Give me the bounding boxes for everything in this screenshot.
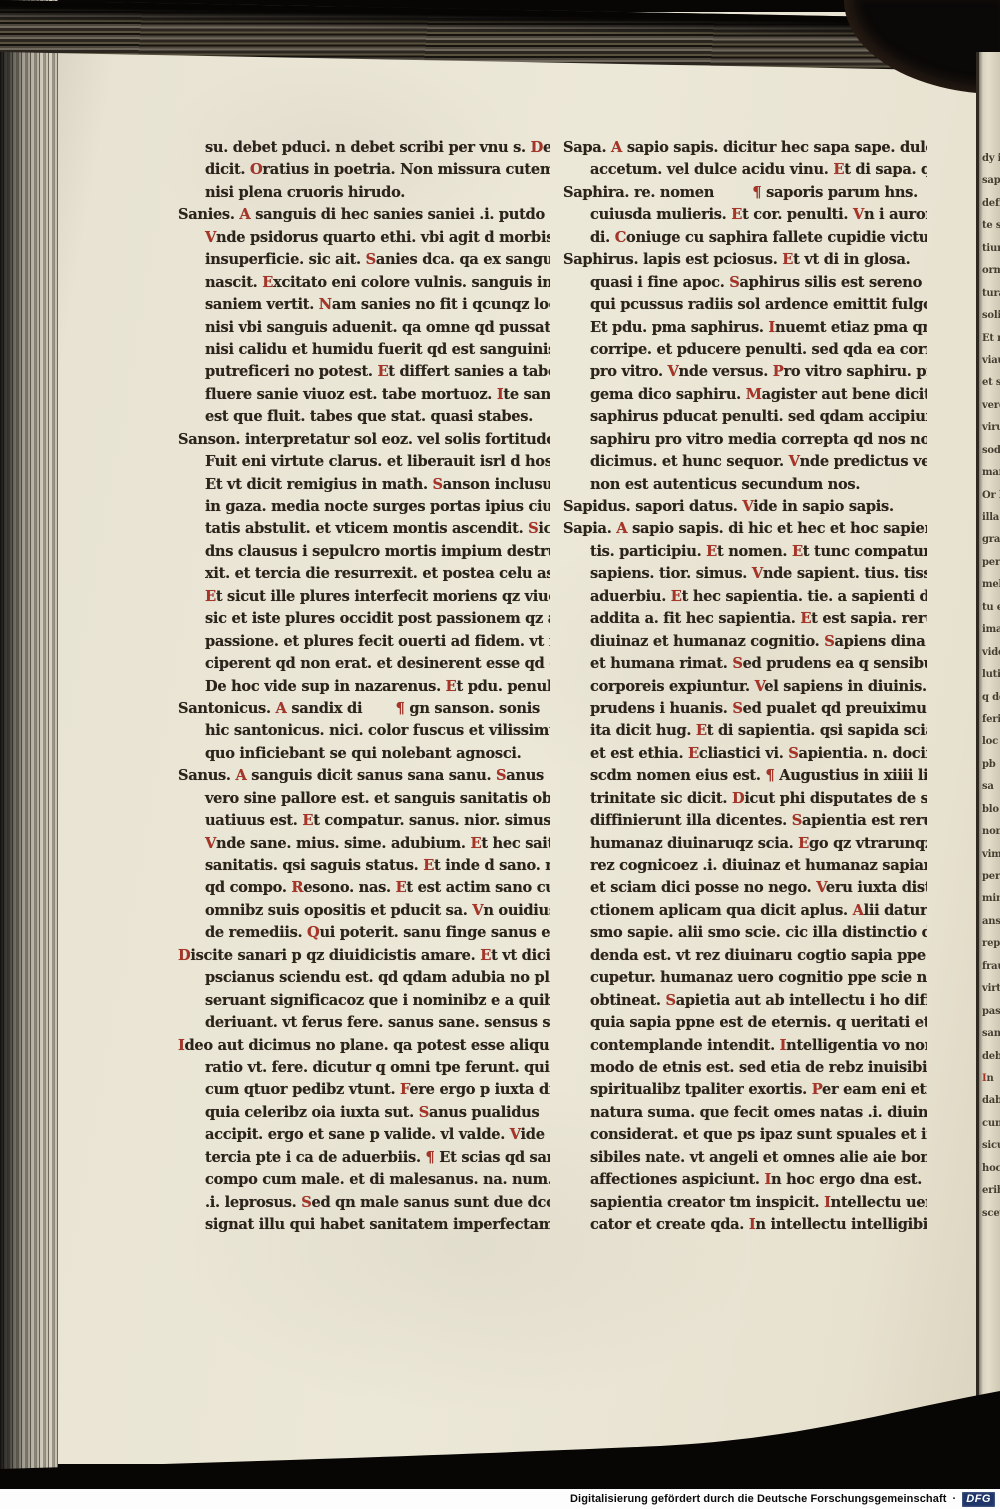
text-run: ere ergo p iuxta di <box>409 1081 550 1098</box>
text-line: et sciam dici posse no nego. Veru iuxta … <box>563 877 927 899</box>
text-line: pro vitro. Vnde versus. Pro vitro saphir… <box>563 361 927 383</box>
text-run: Sapa. <box>563 139 611 156</box>
text-line: de remediis. Qui poterit. sanu finge san… <box>178 922 550 944</box>
text-run: t inde d sano. nas. <box>434 857 550 874</box>
text-run: tis. participiu. <box>590 543 706 560</box>
text-line: sibiles nate. vt angeli et omnes alie ai… <box>563 1147 927 1169</box>
text-run: apientia. n. docine <box>799 745 927 762</box>
text-run: et sciam dici posse no nego. <box>590 879 816 896</box>
text-run: sibiles nate. vt angeli et omnes alie ai… <box>590 1149 927 1166</box>
text-run: pro vitro. <box>590 363 668 380</box>
text-run: nde versus. <box>679 363 773 380</box>
rubric-mark: M <box>746 386 762 403</box>
text-line: et sap <box>979 372 1000 394</box>
text-run: modo de etnis est. sed etia de rebz inui… <box>590 1059 927 1076</box>
text-line: dns clausus i sepulcro mortis impium des… <box>178 541 550 563</box>
rubric-mark: N <box>319 296 332 313</box>
text-run: denda est. vt rez diuinaru cogtio sapia … <box>590 947 927 964</box>
text-run: et est ethia. <box>590 745 688 762</box>
page-bottom-shadow <box>0 1385 1000 1491</box>
rubric-mark: S <box>729 274 739 291</box>
text-run: hic santonicus. nici. color fuscus et vi… <box>205 722 550 739</box>
text-line: scev <box>979 1203 1000 1225</box>
text-run: corporeis expiuntur. <box>590 678 755 695</box>
rubric-mark: E <box>798 835 809 852</box>
text-run: Sanus. <box>178 767 236 784</box>
text-run: te sap <box>982 220 1000 231</box>
rubric-mark: V <box>472 902 483 919</box>
text-run: lii datur <box>864 902 927 919</box>
text-line: repu <box>979 933 1000 955</box>
text-column-right: Sapa. A sapio sapis. dicitur hec sapa sa… <box>563 137 927 1236</box>
text-run: De hoc vide sup in nazarenus. <box>205 678 446 695</box>
text-run: grati <box>982 534 1000 545</box>
rubric-mark: E <box>446 678 457 695</box>
text-run: obtineat. <box>590 992 665 1009</box>
text-run: anies dca. qa ex sanguie <box>376 251 550 268</box>
text-run: xcitato eni colore vulnis. sanguis in <box>273 274 550 291</box>
text-run: et humana rimat. <box>590 655 732 672</box>
text-line: smo sapie. alii smo scie. cic illa disti… <box>563 922 927 944</box>
text-run: contemplande intendit. <box>590 1037 780 1054</box>
credit-separator: · <box>953 1493 957 1505</box>
text-line: De hoc vide sup in nazarenus. Et pdu. pe… <box>178 676 550 698</box>
rubric-mark: E <box>696 722 707 739</box>
text-run: gn sanson. sonis <box>405 700 540 717</box>
text-run: sanitatis. qsi saguis status. <box>205 857 423 874</box>
text-run: cupetur. humanaz uero cognitio ppe scie … <box>590 969 927 986</box>
text-line: .i. leprosus. Sed qn male sanus sunt due… <box>178 1192 550 1214</box>
text-run: sapio sapis. di hic et hec et hoc sapien… <box>627 520 927 537</box>
text-run: cum qtuor pedibz vtunt. <box>205 1081 400 1098</box>
text-line: anse <box>979 911 1000 933</box>
text-line: Vnde psidorus quarto ethi. vbi agit d mo… <box>178 227 550 249</box>
text-line: dicimus. et hunc sequor. Vnde predictus … <box>563 451 927 473</box>
text-run: saphiru pro vitro media correpta qd nos … <box>590 431 927 448</box>
text-run: frau <box>982 961 1000 972</box>
text-line: debe <box>979 1046 1000 1068</box>
text-line: aduerbiu. Et hec sapientia. tie. a sapie… <box>563 586 927 608</box>
text-run: sanguis dicit sanus sana sanu. <box>247 767 496 784</box>
text-run: ed qn male sanus sunt due dcoes <box>312 1194 551 1211</box>
text-line: Ideo aut dicimus no plane. qa potest ess… <box>178 1035 550 1057</box>
text-run: trinitate sic dicit. <box>590 790 732 807</box>
text-line: Saphira. re. nomen ¶ saporis parum hns. <box>563 182 927 204</box>
text-run: rez cognicoez .i. diuinaz et humanaz sap… <box>590 857 927 874</box>
text-line: feri <box>979 709 1000 731</box>
text-run: melli <box>982 579 1000 590</box>
rubric-mark: S <box>366 251 376 268</box>
text-run: anus pualidus <box>429 1104 539 1121</box>
text-line: tium <box>979 238 1000 260</box>
text-run: qd compo. <box>205 879 291 896</box>
rubric-mark: E <box>800 610 811 627</box>
digitisation-credit-bar: Digitalisierung gefördert durch die Deut… <box>0 1489 1000 1509</box>
text-line: Et n <box>979 328 1000 350</box>
text-run: Sanies. <box>178 206 239 223</box>
text-line: addita a. fit hec sapientia. Et est sapi… <box>563 608 927 630</box>
text-line: pscianus sciendu est. qd qdam adubia no … <box>178 967 550 989</box>
text-line: denda est. vt rez diuinaru cogtio sapia … <box>563 945 927 967</box>
text-run: t vt dicit <box>491 947 550 964</box>
dfg-logo: DFG <box>962 1492 995 1507</box>
text-run: est que fluit. tabes que stat. quasi sta… <box>205 408 533 425</box>
text-run: sodali <box>982 445 1000 456</box>
text-run: oniuge cu saphira fallete cupidie victus <box>626 229 927 246</box>
text-run: t est actim sano cu <box>406 879 550 896</box>
text-line: qui pcussus radiis sol ardence emittit f… <box>563 294 927 316</box>
text-run: Saphira. re. nomen <box>563 184 752 201</box>
rubric-mark: E <box>205 588 216 605</box>
text-line: non <box>979 821 1000 843</box>
text-run: smo sapie. alii smo scie. cic illa disti… <box>590 924 927 941</box>
text-run: di. <box>590 229 615 246</box>
rubric-mark: V <box>853 206 864 223</box>
text-run: apietia aut ab intellectu i ho differt <box>676 992 927 1009</box>
rubric-mark: Q <box>307 924 319 941</box>
text-line: nascit. Excitato eni colore vulnis. sang… <box>178 272 550 294</box>
rubric-mark: E <box>782 251 793 268</box>
text-run: ciperent qd non erat. et desinerent esse… <box>205 655 550 672</box>
rubric-mark: A <box>236 767 247 784</box>
rubric-mark: R <box>291 879 303 896</box>
text-line: blo <box>979 799 1000 821</box>
text-run: nde psidorus quarto ethi. vbi agit d mor… <box>216 229 550 246</box>
text-line: qd compo. Resono. nas. Et est actim sano… <box>178 877 550 899</box>
text-line: corporeis expiuntur. Vel sapiens in diui… <box>563 676 927 698</box>
text-run: nde sapient. tius. tissime <box>763 565 927 582</box>
text-run: dicimus. et hunc sequor. <box>590 453 789 470</box>
text-line: seruant significacoz que i nominibz e a … <box>178 990 550 1012</box>
text-run: ed prudens ea q sensibus <box>743 655 927 672</box>
text-run: Et n <box>982 333 1000 344</box>
rubric-mark: P <box>773 363 784 380</box>
text-line: Discite sanari p qz diuidicistis amare. … <box>178 945 550 967</box>
text-run: ntellectu uero. et <box>831 1194 927 1211</box>
text-line: signat illu qui habet sanitatem imperfec… <box>178 1214 550 1236</box>
rubric-mark: S <box>788 745 798 762</box>
rubric-mark: E <box>792 543 803 560</box>
text-line: tatis abstulit. et vticem montis ascendi… <box>178 518 550 540</box>
text-line: sanitatis. qsi saguis status. Et inde d … <box>178 855 550 877</box>
text-run: Augustius in xiiii li de <box>774 767 927 784</box>
text-run: ratio vt. fere. dicutur q omni tpe ferun… <box>205 1059 550 1076</box>
text-line: In <box>979 1068 1000 1090</box>
text-line: omnibz suis opositis et pducit sa. Vn ou… <box>178 900 550 922</box>
text-line: saniem vertit. Nam sanies no fit i qcunq… <box>178 294 550 316</box>
text-line: soliz <box>979 305 1000 327</box>
text-line: Sapia. A sapio sapis. di hic et hec et h… <box>563 518 927 540</box>
text-line: Saphirus. lapis est pciosus. Et vt di in… <box>563 249 927 271</box>
text-run: dicit. <box>205 161 250 178</box>
text-run: loc <box>982 736 998 747</box>
rubric-mark: S <box>732 700 742 717</box>
text-run: viaur <box>982 355 1000 366</box>
text-line: vide <box>979 642 1000 664</box>
text-line: viaur <box>979 350 1000 372</box>
text-line: uatiuus est. Et compatur. sanus. nior. s… <box>178 810 550 832</box>
text-run: nascit. <box>205 274 262 291</box>
text-line: diuinaz et humanaz cognitio. Sapiens din… <box>563 631 927 653</box>
text-run: scdm nomen eius est. <box>590 767 765 784</box>
text-line: quia celeribz oia iuxta sut. Sanus puali… <box>178 1102 550 1124</box>
text-run: apientia est rerum <box>802 812 927 829</box>
text-line: vim <box>979 844 1000 866</box>
text-line: trinitate sic dicit. Dicut phi disputate… <box>563 788 927 810</box>
text-line: hic santonicus. nici. color fuscus et vi… <box>178 720 550 742</box>
text-run: deriuant. vt ferus fere. sanus sane. sen… <box>205 1014 550 1031</box>
text-line: viru <box>979 417 1000 439</box>
text-run: ed pualet qd preuiximus. <box>743 700 927 717</box>
text-line: cator et create qda. In intellectu intel… <box>563 1214 927 1236</box>
rubric-mark: E <box>833 161 844 178</box>
text-line: min <box>979 888 1000 910</box>
rubric-mark: E <box>396 879 407 896</box>
text-run: t di sapientia. qsi sapida scia. <box>707 722 927 739</box>
text-run: t pdu. penulti. <box>456 678 550 695</box>
rubric-mark: S <box>665 992 675 1009</box>
text-run: non <box>982 826 1000 837</box>
text-run: repu <box>982 938 1000 949</box>
text-line: per vi <box>979 552 1000 574</box>
text-run: agister aut bene dicit. qd <box>762 386 927 403</box>
text-run: am sanies no fit i qcunqz loco <box>332 296 550 313</box>
text-run: per <box>982 871 1000 882</box>
rubric-mark: P <box>812 1081 822 1098</box>
rubric-mark: F <box>400 1081 409 1098</box>
text-run: qui pcussus radiis sol ardence emittit f… <box>590 296 927 313</box>
rubric-mark: V <box>205 835 216 852</box>
text-run: t cor. penulti. <box>742 206 853 223</box>
text-line: et humana rimat. Sed prudens ea q sensib… <box>563 653 927 675</box>
text-run: Sapidus. sapori datus. <box>563 498 742 515</box>
text-run: dns clausus i sepulcro mortis impium des… <box>205 543 550 560</box>
text-line: Sanson. interpretatur sol eoz. vel solis… <box>178 429 550 451</box>
text-line: prudens i huanis. Sed pualet qd preuixim… <box>563 698 927 720</box>
text-line: ciperent qd non erat. et desinerent esse… <box>178 653 550 675</box>
text-line: Et pdu. pma saphirus. Inuemt etiaz pma q… <box>563 317 927 339</box>
text-run: pass <box>982 1006 1000 1017</box>
text-run: defin <box>982 198 1000 209</box>
text-line: est que fluit. tabes que stat. quasi sta… <box>178 406 550 428</box>
text-run: quo inficiebant se qui nolebant agnosci. <box>205 745 521 762</box>
text-line: non est autenticus secundum nos. <box>563 474 927 496</box>
text-run: manu <box>982 467 1000 478</box>
text-run: nde predictus versus <box>800 453 927 470</box>
rubric-mark: E <box>671 588 682 605</box>
text-line: obtineat. Sapietia aut ab intellectu i h… <box>563 990 927 1012</box>
text-line: cum qtuor pedibz vtunt. Fere ergo p iuxt… <box>178 1079 550 1101</box>
text-run: su. debet pduci. n debet scribi per vnu … <box>205 139 531 156</box>
book-gutter-page-edges <box>0 0 58 1472</box>
text-line: sic et iste plures occidit post passione… <box>178 608 550 630</box>
rubric-mark: S <box>419 1104 429 1121</box>
text-run: diuinaz et humanaz cognitio. <box>590 633 824 650</box>
text-line: sapic <box>979 170 1000 192</box>
text-run: t vt di in glosa. <box>793 251 910 268</box>
text-line: quasi i fine apoc. Saphirus silis est se… <box>563 272 927 294</box>
text-run: passione. et plures fecit ouerti ad fide… <box>205 633 550 650</box>
text-line: sand <box>979 1023 1000 1045</box>
text-run: saniem vertit. <box>205 296 319 313</box>
rubric-mark: A <box>611 139 622 156</box>
text-run: quasi i fine apoc. <box>590 274 729 291</box>
text-line: contemplande intendit. Intelligentia vo … <box>563 1035 927 1057</box>
text-run: ide in <box>521 1126 550 1143</box>
text-line: pass <box>979 1001 1000 1023</box>
text-run: tercia pte i ca de aduerbiis. <box>205 1149 426 1166</box>
text-run: putreficeri no potest. <box>205 363 377 380</box>
rubric-mark: A <box>616 520 627 537</box>
text-run: t sicut ille plures interfecit moriens q… <box>216 588 550 605</box>
text-run: lutio <box>982 669 1000 680</box>
text-line: grati <box>979 529 1000 551</box>
rubric-mark: V <box>205 229 216 246</box>
text-line: insuperficie. sic ait. Sanies dca. qa ex… <box>178 249 550 271</box>
text-line: natura suma. que fecit omes natas .i. di… <box>563 1102 927 1124</box>
text-run: de remediis. <box>205 924 307 941</box>
rubric-mark: A <box>276 700 287 717</box>
text-run: xit. et tercia die resurrexit. et postea… <box>205 565 550 582</box>
text-run: seruant significacoz que i nominibz e a … <box>205 992 550 1009</box>
text-run: anus <box>506 767 544 784</box>
text-line: considerat. et que ps ipaz sunt spuales … <box>563 1124 927 1146</box>
text-line: loc <box>979 731 1000 753</box>
rubric-mark: D <box>178 947 190 964</box>
text-line: dabo <box>979 1090 1000 1112</box>
text-line: cuiusda mulieris. Et cor. penulti. Vn i … <box>563 204 927 226</box>
text-run: eru iuxta distin- <box>826 879 927 896</box>
credit-text: Digitalisierung gefördert durch die Deut… <box>570 1493 946 1505</box>
text-run: ide in sapio sapis. <box>753 498 894 515</box>
text-run: t di sapa. qsi <box>844 161 927 178</box>
text-line: Sapidus. sapori datus. Vide in sapio sap… <box>563 496 927 518</box>
text-run: et sap <box>982 377 1000 388</box>
text-run: Et vt dicit remigius in math. <box>205 476 433 493</box>
text-run: quia celeribz oia iuxta sut. <box>205 1104 419 1121</box>
text-run: turap <box>982 288 1000 299</box>
text-run: accipit. ergo et sane p valide. vl valde… <box>205 1126 510 1143</box>
text-line: melli <box>979 574 1000 596</box>
text-run: cun <box>982 1118 1000 1129</box>
text-run: accetum. vel dulce acidu vinu. <box>590 161 833 178</box>
text-line: nisi plena cruoris hirudo. <box>178 182 550 204</box>
text-run: sapiens. tior. simus. <box>590 565 752 582</box>
text-line: in gaza. media nocte surges portas ipius… <box>178 496 550 518</box>
rubric-mark: S <box>732 655 742 672</box>
text-run: go qz vtrarunqz <box>809 835 927 852</box>
text-run: Or l <box>982 490 1000 501</box>
text-line: Vnde sane. mius. sime. adubium. Et hec s… <box>178 833 550 855</box>
text-run: .i. leprosus. <box>205 1194 301 1211</box>
text-run: feri <box>982 714 1000 725</box>
text-line: quo inficiebant se qui nolebant agnosci. <box>178 743 550 765</box>
text-run: fluere sanie viuoz est. tabe mortuoz. <box>205 386 497 403</box>
text-run: sanguis di hec sanies saniei .i. putdo <box>250 206 544 223</box>
text-run: Sanson. interpretatur sol eoz. vel solis… <box>178 431 550 448</box>
text-line: putreficeri no potest. Et differt sanies… <box>178 361 550 383</box>
text-run: aduerbiu. <box>590 588 671 605</box>
text-run: iscite sanari p qz diuidicistis amare. <box>190 947 480 964</box>
text-run: vero <box>982 400 1000 411</box>
rubric-mark: E <box>302 812 313 829</box>
text-run: quia sapia ppne est de eternis. q uerita… <box>590 1014 927 1031</box>
text-line: xit. et tercia die resurrexit. et postea… <box>178 563 550 585</box>
text-run: t nomen. <box>717 543 792 560</box>
text-run: in gaza. media nocte surges portas ipius… <box>205 498 550 515</box>
text-run: anson inclusus <box>443 476 550 493</box>
rubric-mark: E <box>731 206 742 223</box>
text-run: n <box>986 1073 993 1084</box>
text-run: Fuit eni virtute clarus. et liberauit is… <box>205 453 550 470</box>
text-line: ctionem aplicam qua dicit aplus. Alii da… <box>563 900 927 922</box>
rubric-mark: E <box>688 745 699 762</box>
rubric-mark: ¶ <box>396 700 405 717</box>
rubric-mark: V <box>816 879 826 896</box>
text-run: sapio sapis. dicitur hec sapa sape. dulc… <box>622 139 927 156</box>
rubric-mark: E <box>377 363 388 380</box>
text-run: n hoc ergo dna est. qa <box>771 1171 927 1188</box>
text-run: ratius in poetria. Non missura cutem <box>262 161 550 178</box>
rubric-mark: ¶ <box>752 184 761 201</box>
text-line: vero <box>979 395 1000 417</box>
text-line: ita dicit hug. Et di sapientia. qsi sapi… <box>563 720 927 742</box>
next-leaf-fore-edge: dy imsapicdefinte saptiumormeturapsolizE… <box>976 52 1000 1420</box>
scanned-book-photo: dy imsapicdefinte saptiumormeturapsolizE… <box>0 0 1000 1509</box>
text-run: aphirus silis est sereno celo <box>740 274 927 291</box>
text-run: nisi vbi sanguis aduenit. qa omne qd pus… <box>205 319 550 336</box>
text-run: apiens dina <box>834 633 925 650</box>
text-run: soliz <box>982 310 1000 321</box>
rubric-mark: E <box>706 543 717 560</box>
text-line: humanaz diuinaruqz scia. Ego qz vtrarunq… <box>563 833 927 855</box>
rubric-mark: E <box>480 947 491 964</box>
text-line: spiritualibz tpaliter exortis. Per eam e… <box>563 1079 927 1101</box>
text-run: ctionem aplicam qua dicit aplus. <box>590 902 853 919</box>
rubric-mark: V <box>789 453 800 470</box>
text-run: vim <box>982 849 1000 860</box>
text-line: accetum. vel dulce acidu vinu. Et di sap… <box>563 159 927 181</box>
text-run: eribo <box>982 1185 1000 1196</box>
text-line: sa <box>979 776 1000 798</box>
text-run: addita a. fit hec sapientia. <box>590 610 800 627</box>
text-line: saphirus pducat penulti. sed qdam accipi… <box>563 406 927 428</box>
text-run: saphirus pducat penulti. sed qdam accipi… <box>590 408 927 425</box>
rubric-mark: S <box>792 812 802 829</box>
text-run: tium <box>982 243 1000 254</box>
text-line: frau <box>979 956 1000 978</box>
text-run: hoc <box>982 1163 1000 1174</box>
text-run: diffinierunt illa dicentes. <box>590 812 792 829</box>
text-run: n intellectu intelligibilia <box>755 1216 927 1233</box>
text-run: min <box>982 893 1000 904</box>
rubric-mark: E <box>423 857 434 874</box>
text-line: tis. participiu. Et nomen. Et tunc compa… <box>563 541 927 563</box>
text-line: et est ethia. Ecliastici vi. Sapientia. … <box>563 743 927 765</box>
text-run: ita dicit hug. <box>590 722 696 739</box>
text-run: illa n <box>982 512 1000 523</box>
text-line: ima <box>979 619 1000 641</box>
text-run: dy im <box>982 153 1000 164</box>
text-line: ratio vt. fere. dicutur q omni tpe ferun… <box>178 1057 550 1079</box>
text-line: eribo <box>979 1180 1000 1202</box>
text-run: virt <box>982 983 1000 994</box>
text-run: ui poterit. sanu finge sanus erit. <box>319 924 550 941</box>
text-run: e hoc <box>543 139 550 156</box>
text-line: nisi calidu et humidu fuerit qd est sang… <box>178 339 550 361</box>
text-run: cuiusda mulieris. <box>590 206 731 223</box>
text-run: Santonicus. <box>178 700 276 717</box>
